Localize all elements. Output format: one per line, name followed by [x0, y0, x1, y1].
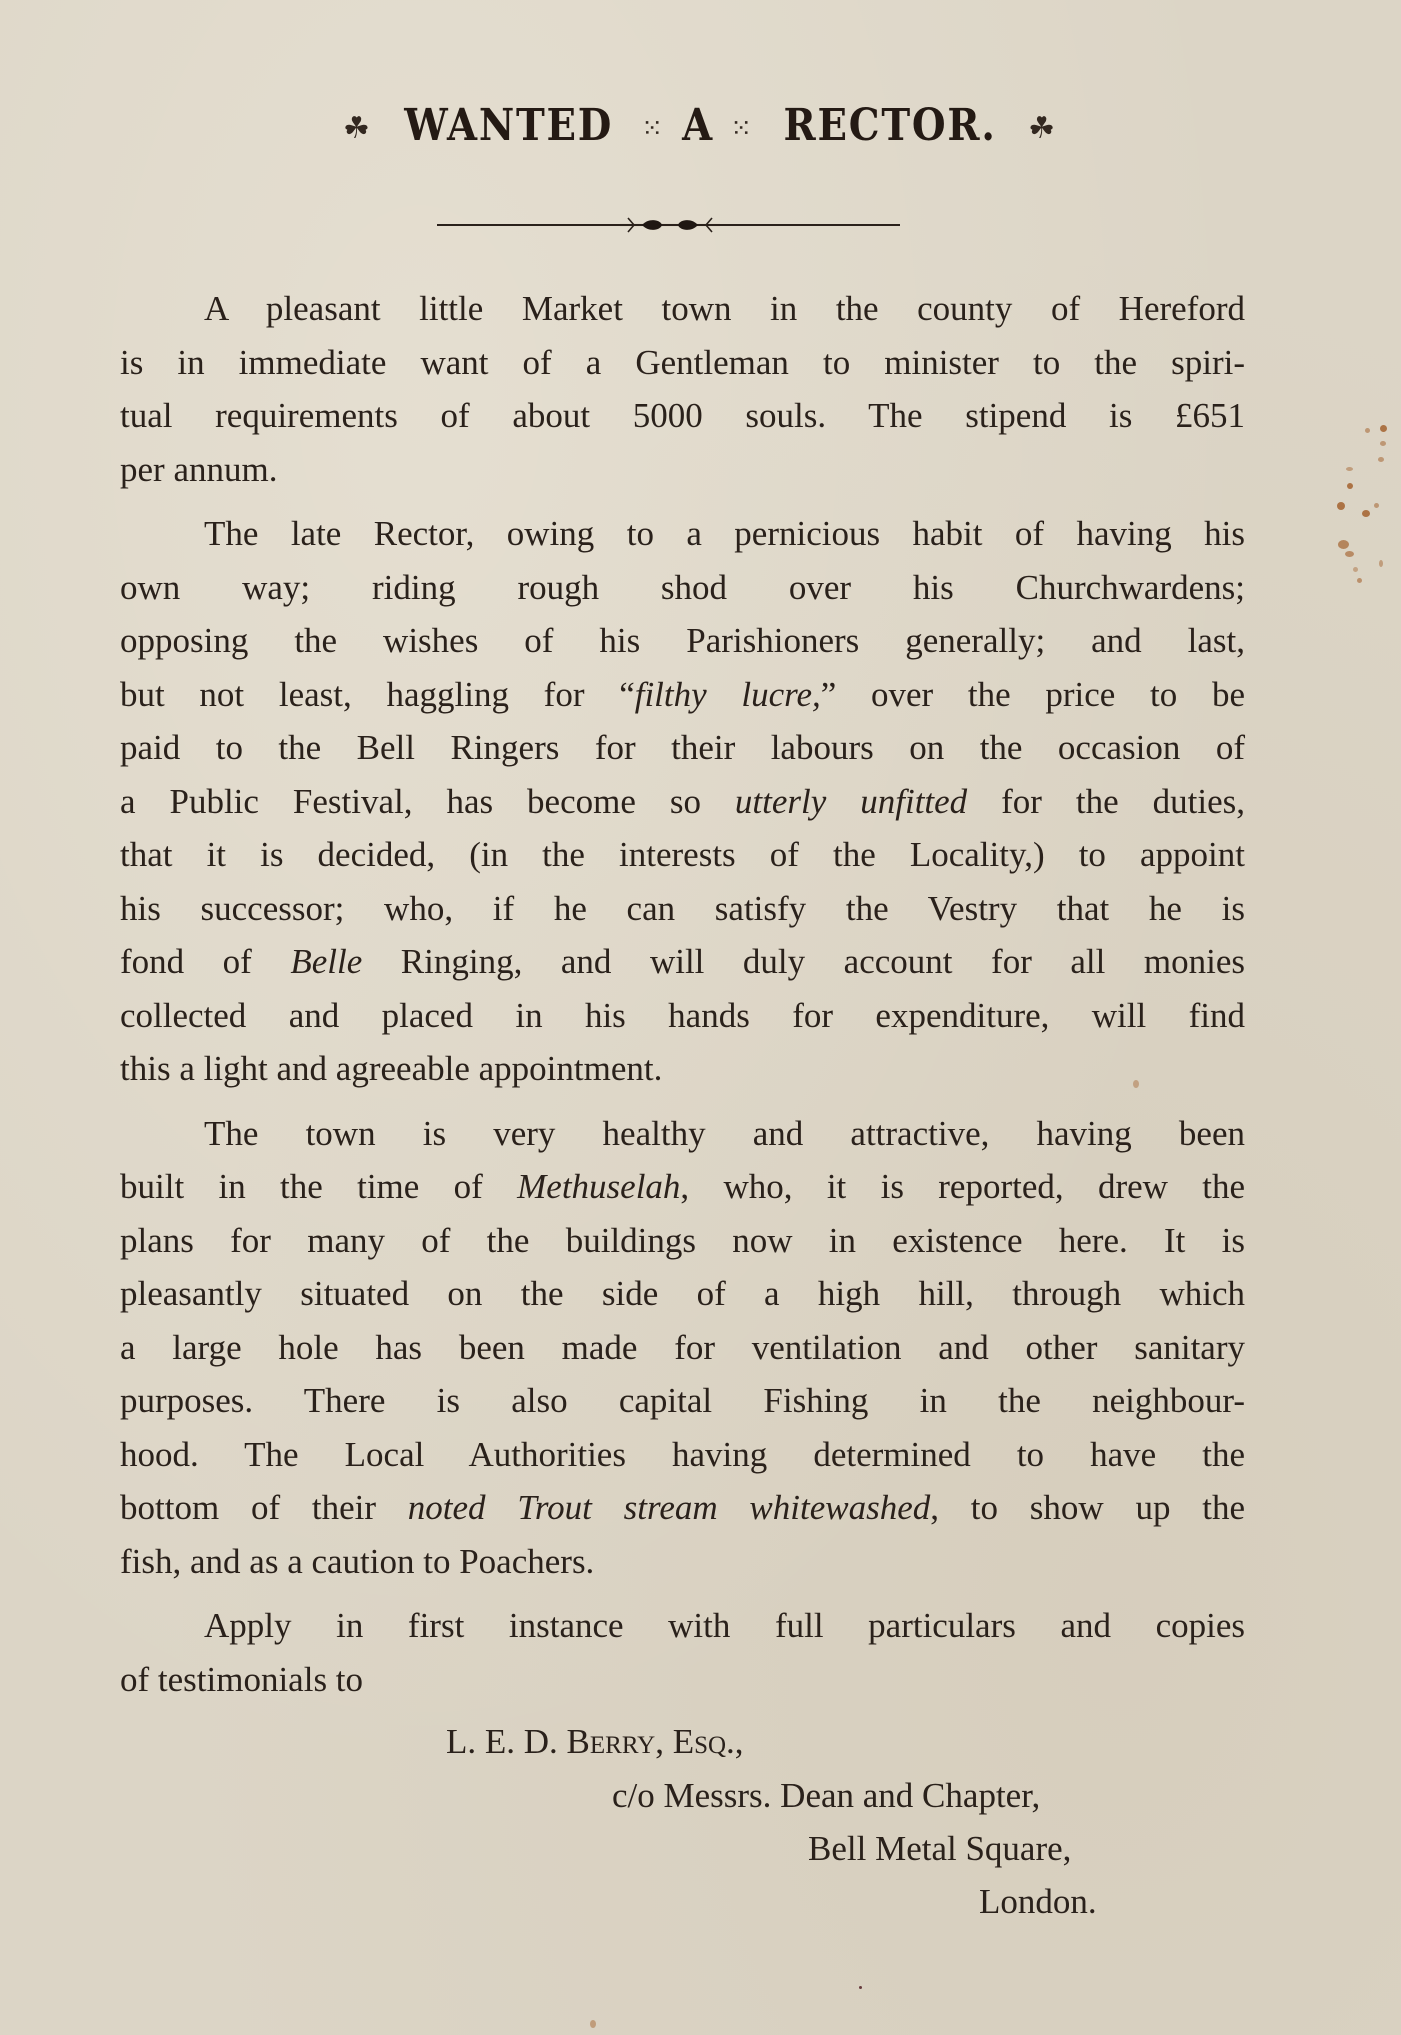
- text-line: plans for many of the buildings now in e…: [120, 1214, 1245, 1268]
- text-line: that it is decided, (in the interests of…: [120, 828, 1245, 882]
- text-line: hood. The Local Authorities having deter…: [120, 1428, 1245, 1482]
- poster-body: A pleasant little Market town in the cou…: [120, 282, 1245, 1706]
- text-line: built in the time of Methuselah, who, it…: [120, 1160, 1245, 1214]
- italic-phrase: utterly unfitted: [735, 782, 967, 821]
- text-line: opposing the wishes of his Parishioners …: [120, 614, 1245, 668]
- fleuron-left-icon: ☘: [343, 111, 373, 146]
- text-line: his successor; who, if he can satisfy th…: [120, 882, 1245, 936]
- title-separator-icon: ⁙: [730, 114, 755, 144]
- honorific: Esq: [673, 1722, 726, 1761]
- text-run: , who, it is reported, drew the: [680, 1167, 1245, 1206]
- title-word-rector: RECTOR.: [784, 100, 997, 151]
- italic-phrase: Methuselah: [517, 1167, 680, 1206]
- paragraph-3: The town is very healthy and attractive,…: [120, 1107, 1245, 1589]
- poster-page: ☘ WANTED⁙A⁙RECTOR. ☘ A pleasant little M…: [0, 0, 1401, 2035]
- paragraph-2: The late Rector, owing to a pernicious h…: [120, 507, 1245, 1096]
- text-run: , to show up the: [930, 1488, 1245, 1527]
- text-line: tual requirements of about 5000 souls. T…: [120, 389, 1245, 443]
- text-line: pleasantly situated on the side of a hig…: [120, 1267, 1245, 1321]
- italic-phrase: filthy lucre,: [635, 675, 821, 714]
- comma: ,: [655, 1722, 673, 1761]
- text-line: paid to the Bell Ringers for their labou…: [120, 721, 1245, 775]
- address-line-3: Bell Metal Square,: [808, 1829, 1071, 1869]
- text-line: collected and placed in his hands for ex…: [120, 989, 1245, 1043]
- address-line-4: London.: [979, 1882, 1097, 1922]
- italic-phrase: noted Trout stream whitewashed: [408, 1488, 930, 1527]
- text-line: a large hole has been made for ventilati…: [120, 1321, 1245, 1375]
- poster-title: ☘ WANTED⁙A⁙RECTOR. ☘: [0, 100, 1401, 151]
- text-line: but not least, haggling for “filthy lucr…: [120, 668, 1245, 722]
- title-separator-icon: ⁙: [641, 114, 666, 144]
- text-line: Apply in first instance with full partic…: [120, 1599, 1245, 1653]
- paragraph-4: Apply in first instance with full partic…: [120, 1599, 1245, 1706]
- text-run: ” over the price to be: [821, 675, 1245, 714]
- title-word-a: A: [682, 100, 714, 151]
- text-line: fond of Belle Ringing, and will duly acc…: [120, 935, 1245, 989]
- text-line: purposes. There is also capital Fishing …: [120, 1374, 1245, 1428]
- text-line: this a light and agreeable appointment.: [120, 1042, 1245, 1096]
- fleuron-right-icon: ☘: [1028, 111, 1058, 146]
- text-run: built in the time of: [120, 1167, 517, 1206]
- paragraph-1: A pleasant little Market town in the cou…: [120, 282, 1245, 496]
- text-line: a Public Festival, has become so utterly…: [120, 775, 1245, 829]
- text-line: A pleasant little Market town in the cou…: [120, 282, 1245, 336]
- punctuation: .,: [726, 1722, 744, 1761]
- text-line: own way; riding rough shod over his Chur…: [120, 561, 1245, 615]
- text-run: a Public Festival, has become so: [120, 782, 735, 821]
- text-run: fond of: [120, 942, 290, 981]
- text-line: is in immediate want of a Gentleman to m…: [120, 336, 1245, 390]
- text-line: fish, and as a caution to Poachers.: [120, 1535, 1245, 1589]
- title-word-wanted: WANTED: [404, 100, 613, 151]
- text-line: of testimonials to: [120, 1653, 1245, 1707]
- text-run: bottom of their: [120, 1488, 408, 1527]
- text-line: The town is very healthy and attractive,…: [120, 1107, 1245, 1161]
- divider-ornament-icon: [620, 217, 720, 233]
- text-line: bottom of their noted Trout stream white…: [120, 1481, 1245, 1535]
- italic-phrase: Belle: [290, 942, 362, 981]
- text-run: Ringing, and will duly account for all m…: [362, 942, 1245, 981]
- text-run: but not least, haggling for “: [120, 675, 635, 714]
- text-line: The late Rector, owing to a pernicious h…: [120, 507, 1245, 561]
- initials: L. E. D.: [446, 1722, 567, 1761]
- address-line-2: c/o Messrs. Dean and Chapter,: [612, 1776, 1040, 1816]
- surname: Berry: [567, 1722, 656, 1761]
- address-name: L. E. D. Berry, Esq.,: [446, 1722, 744, 1762]
- text-run: for the duties,: [967, 782, 1245, 821]
- text-line: per annum.: [120, 443, 1245, 497]
